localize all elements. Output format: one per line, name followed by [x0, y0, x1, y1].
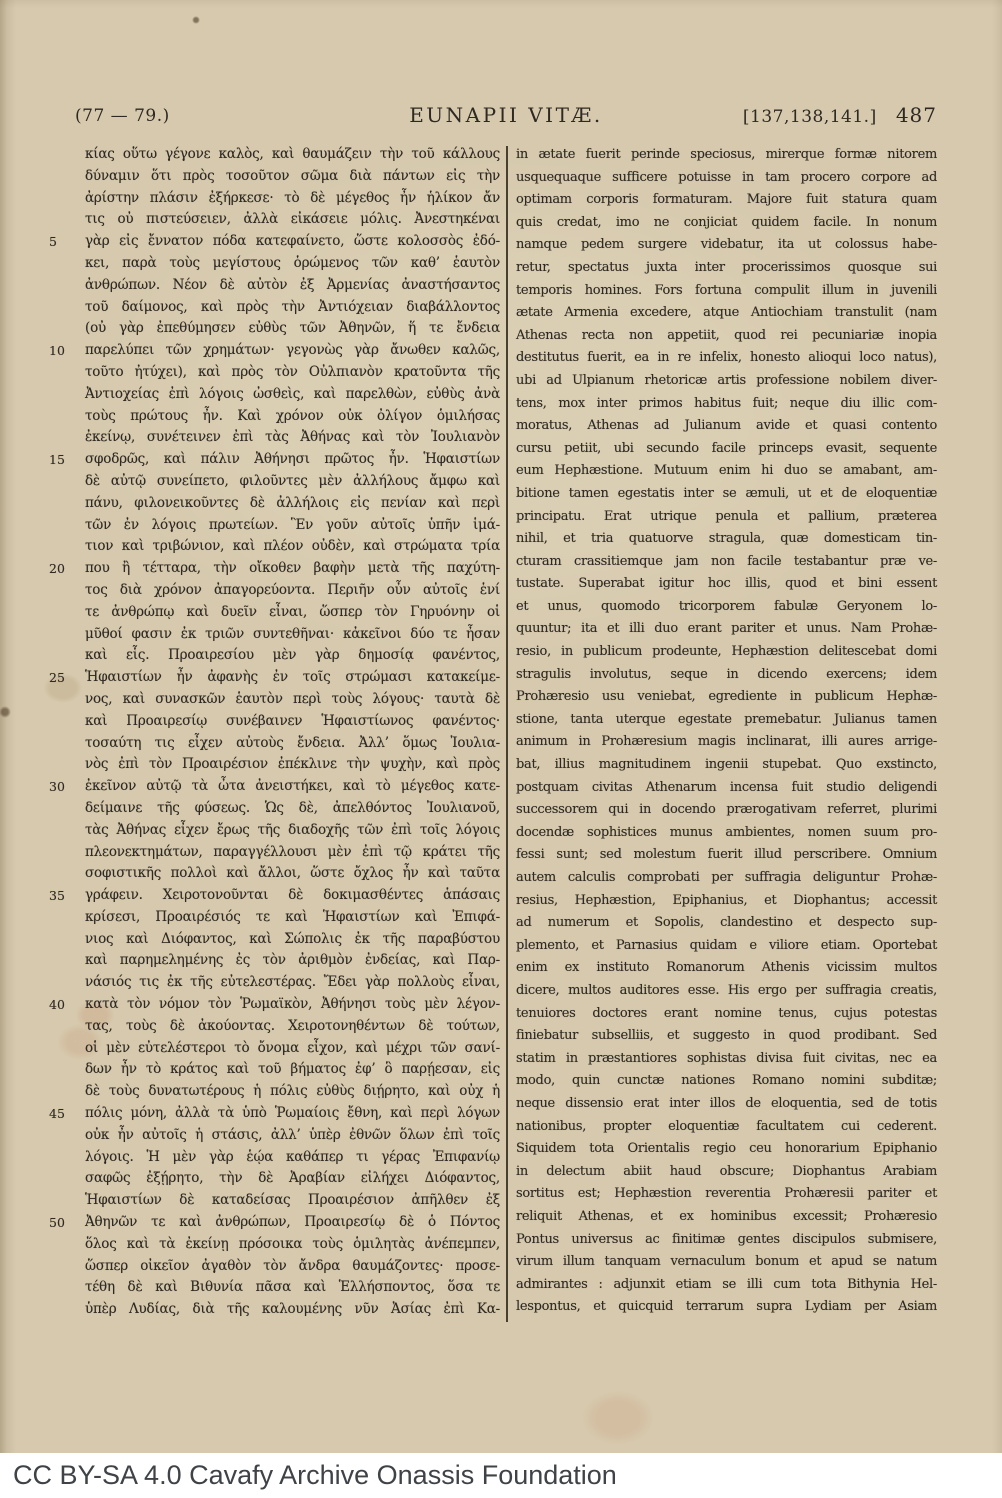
greek-line-text: νιος καὶ Διόφαντος, καὶ Σώπολις ἐκ τῆς π… [85, 931, 500, 947]
latin-text-line: postquam civitas Athenarum incensa fuit … [516, 777, 937, 800]
greek-line-text: σοφιστικῆς πολλοὶ καὶ ἄλλοι, ὥστε ὄχλος … [85, 865, 500, 881]
greek-text-line: τοῦτο ἠτύχει), καὶ πρὸς τὸν Οὐλπιανὸν κρ… [85, 362, 500, 384]
latin-text-line: tenuiores doctores erant nomine tenus, c… [516, 1003, 937, 1026]
greek-text-line: καὶ παρημελημένης ἐς τὸν ἀριθμὸν ἐνδείας… [85, 950, 500, 972]
latin-text-line: neque dissensio erat inter illos de eloq… [516, 1093, 937, 1116]
greek-line-text: τις οὐ πιστεύσειεν, ἀλλὰ εἰκάσειε μόλις.… [85, 211, 500, 227]
margin-line-number: 25 [49, 667, 79, 689]
greek-text-line: ὥσπερ οἰκεῖον ἀγαθὸν τὸν ἄνδρα θαυμάζοντ… [85, 1256, 500, 1278]
greek-text-line: καὶ εἷς. Προαιρεσίου μὲν γὰρ δημοσίᾳ φαν… [85, 645, 500, 667]
latin-text-line: stragulis involutus, seque in dicendo ex… [516, 664, 937, 687]
latin-text-line: usquequaque sufficere potuisse in tam pr… [516, 167, 937, 190]
latin-text-line: ubi ad Ulpianum rhetoricæ artis professi… [516, 370, 937, 393]
greek-text-line: λόγοις. Ἡ μὲν γὰρ ἑῴα καθάπερ τι γέρας Ἐ… [85, 1147, 500, 1169]
latin-text-line: nationibus, propter eloquentiæ facultate… [516, 1116, 937, 1139]
latin-text-line: namque pedem surgere videbatur, ita ut c… [516, 234, 937, 257]
latin-text-line: bat, illius magnitudinem ingenii stupeba… [516, 754, 937, 777]
latin-text-line: fessi sunt; sed molestum fuerit illud pe… [516, 844, 937, 867]
latin-text-line: Siquidem tota Orientalis regio ceu honor… [516, 1138, 937, 1161]
greek-column: κίας οὕτω γέγονε καλὸς, καὶ θαυμάζειν τὴ… [85, 144, 500, 1322]
greek-line-text: κρίσεσι, Προαιρέσιός τε καὶ Ἡφαιστίων κα… [85, 909, 500, 925]
latin-text-line: cturam crassitiemque jam non facile test… [516, 551, 937, 574]
greek-line-text: τιον καὶ τριβώνιον, καὶ πλέον οὐδὲν, καὶ… [85, 538, 500, 554]
greek-text-line: κει, παρὰ τοὺς μεγίστους ὁρώμενος τῶν κα… [85, 253, 500, 275]
latin-text-line: successorem qui in docendo prærogativam … [516, 799, 937, 822]
latin-text-line: autem calculis comprobati per suffragia … [516, 867, 937, 890]
latin-text-line: enim ex instituto Romanorum Athenis vici… [516, 957, 937, 980]
latin-text-line: resius, Hephæstion, Epiphanius, et Dioph… [516, 890, 937, 913]
greek-line-text: τέθη δὲ καὶ Βιθυνία πᾶσα καὶ Ἑλλήσποντος… [85, 1279, 500, 1295]
greek-line-text: νὸς ἐπὶ τὸν Προαιρέσιον ἐπέκλινε τὴν ψυχ… [85, 756, 500, 772]
latin-text-line: Athenas recta non appetiit, quod rei pec… [516, 325, 937, 348]
header-right-group: [137,138,141.] 487 [743, 103, 937, 127]
greek-line-text: πλεονεκτημάτων, παραγγέλλουσι μὲν ἐπὶ τῷ… [85, 844, 500, 860]
greek-line-text: που ἢ τέτταρα, τὴν οἴκοθεν βαφὴν μετὰ τῆ… [85, 560, 500, 576]
latin-text-line: statim in præstantiores sophistas divisa… [516, 1048, 937, 1071]
latin-text-line: sortitus est; Hephæstion reverentia Proh… [516, 1183, 937, 1206]
greek-text-line: τε ἀνθρώπῳ καὶ δυεῖν εἶναι, ὥσπερ τὸν Γη… [85, 602, 500, 624]
greek-line-text: κίας οὕτω γέγονε καλὸς, καὶ θαυμάζειν τὴ… [85, 146, 500, 162]
greek-line-text: ἀνθρώπων. Νέον δὲ αὐτὸν ἐξ Ἀρμενίας ἀνασ… [85, 277, 500, 293]
text-block: κίας οὕτω γέγονε καλὸς, καὶ θαυμάζειν τὴ… [85, 144, 937, 1322]
latin-text-line: dicere, multos auditores esse. His ergo … [516, 980, 937, 1003]
greek-line-text: σφοδρῶς, καὶ πάλιν Ἀθήνησι πρῶτος ἦν. Ἡφ… [85, 451, 500, 467]
latin-text-line: animum in Prohæresium magis inclinarat, … [516, 731, 937, 754]
greek-text-line: πάνυ, φιλονεικοῦντες δὲ ἀλλήλοις εἰς πεν… [85, 493, 500, 515]
greek-line-text: μῦθοί φασιν ἐκ τριῶν συντεθῆναι· κἀκεῖνο… [85, 626, 500, 642]
greek-text-line: 35 γράφειν. Χειροτονοῦνται δὲ δοκιμασθέν… [85, 885, 500, 907]
greek-line-text: ἐκεῖνον αὐτῷ τὰ ὦτα ἀνειστήκει, καὶ τὸ μ… [85, 778, 500, 794]
greek-text-line: πλεονεκτημάτων, παραγγέλλουσι μὲν ἐπὶ τῷ… [85, 842, 500, 864]
header-page-number: 487 [896, 103, 937, 127]
greek-line-text: ἀρίστην πλάσιν ἐξήρκεσε· τὸ δὲ μέγεθος ἦ… [85, 190, 500, 206]
greek-text-line: τοῦ δαίμονος, καὶ πρὸς τὴν Ἀντιόχειαν δι… [85, 297, 500, 319]
greek-text-line: 45 πόλις μόνη, ἀλλὰ τὰ ὑπὸ Ῥωμαίοις ἔθνη… [85, 1103, 500, 1125]
greek-line-text: γράφειν. Χειροτονοῦνται δὲ δοκιμασθέντες… [85, 887, 500, 903]
greek-text-line: τις οὐ πιστεύσειεν, ἀλλὰ εἰκάσειε μόλις.… [85, 209, 500, 231]
greek-line-text: κατὰ τὸν νόμον τὸν Ῥωμαϊκὸν, Ἀθήνησι τοὺ… [85, 996, 500, 1012]
latin-text-line: cursu petiit, ubi secundo facile princep… [516, 438, 937, 461]
greek-text-line: τιον καὶ τριβώνιον, καὶ πλέον οὐδὲν, καὶ… [85, 536, 500, 558]
latin-text-line: eum Hephæstione. Mutuum enim hi duo se a… [516, 460, 937, 483]
greek-text-line: 25 Ἡφαιστίων ἦν ἀφανὴς ἐν τοῖς στρώμασι … [85, 667, 500, 689]
greek-line-text: καὶ εἷς. Προαιρεσίου μὲν γὰρ δημοσίᾳ φαν… [85, 647, 500, 663]
license-text: CC BY-SA 4.0 Cavafy Archive Onassis Foun… [13, 1453, 1002, 1498]
greek-text-line: ἀρίστην πλάσιν ἐξήρκεσε· τὸ δὲ μέγεθος ἦ… [85, 188, 500, 210]
margin-line-number: 50 [49, 1212, 79, 1234]
greek-text-line: νάσιός τις ἐκ τῆς εὐτελεστέρας. Ἔδει γὰρ… [85, 972, 500, 994]
latin-text-line: stione, tanta uterque egestate premebatu… [516, 709, 937, 732]
margin-line-number: 10 [49, 340, 79, 362]
latin-text-line: bitione tamen egestatis inter se æmuli, … [516, 483, 937, 506]
greek-line-text: νάσιός τις ἐκ τῆς εὐτελεστέρας. Ἔδει γὰρ… [85, 974, 500, 990]
greek-line-text: ἐκείνῳ, συνέτεινεν ἐπὶ τὰς Ἀθήνας καὶ τὸ… [85, 429, 500, 445]
greek-text-line: κίας οὕτω γέγονε καλὸς, καὶ θαυμάζειν τὴ… [85, 144, 500, 166]
greek-text-line: μῦθοί φασιν ἐκ τριῶν συντεθῆναι· κἀκεῖνο… [85, 624, 500, 646]
greek-line-text: τος διὰ χρόνον ἀπαγορεύοντα. Περιῆν οὖν … [85, 582, 500, 598]
greek-line-text: δὲ τοὺς δυνατωτέρους ἡ πόλις εὐθὺς διῄρη… [85, 1083, 500, 1099]
latin-column: in ætate fuerit perinde speciosus, mirer… [516, 144, 937, 1322]
latin-text-line: finiebatur subselliis, et suggesto in qu… [516, 1025, 937, 1048]
greek-line-text: τοῦ δαίμονος, καὶ πρὸς τὴν Ἀντιόχειαν δι… [85, 299, 500, 315]
greek-text-line: νὸς ἐπὶ τὸν Προαιρέσιον ἐπέκλινε τὴν ψυχ… [85, 754, 500, 776]
latin-text-line: temporis homines. Fors fortuna compulit … [516, 280, 937, 303]
greek-text-line: δύναμιν ὅτι πρὸς τοσοῦτον σῶμα διὰ πάντω… [85, 166, 500, 188]
greek-line-text: τοῦτο ἠτύχει), καὶ πρὸς τὸν Οὐλπιανὸν κρ… [85, 364, 500, 380]
latin-text-line: modo, quin cunctæ nationes Romano nomini… [516, 1070, 937, 1093]
latin-text-line: destitutus fuerit, ea in re infelix, hon… [516, 347, 937, 370]
greek-text-line: 5 γὰρ εἰς ἔννατον πόδα κατεφαίνετο, ὥστε… [85, 231, 500, 253]
margin-line-number: 20 [49, 558, 79, 580]
latin-text-line: tustate. Superabat igitur hoc illis, quo… [516, 573, 937, 596]
greek-text-line: 20 που ἢ τέτταρα, τὴν οἴκοθεν βαφὴν μετὰ… [85, 558, 500, 580]
greek-line-text: ὑπὲρ Λυδίας, διὰ τῆς καλουμένης νῦν Ἀσία… [85, 1301, 500, 1317]
header-section-range: (77 — 79.) [75, 106, 170, 126]
greek-line-text: πάνυ, φιλονεικοῦντες δὲ ἀλλήλοις εἰς πεν… [85, 495, 500, 511]
latin-text-line: virum illum tanquam vernaculum bonum et … [516, 1251, 937, 1274]
license-bar: CC BY-SA 4.0 Cavafy Archive Onassis Foun… [0, 1453, 1002, 1498]
greek-text-line: σαφῶς ἐξῄρητο, τὴν δὲ Ἀραβίαν εἰλήχει Δι… [85, 1168, 500, 1190]
greek-line-text: δων ἦν τὸ κράτος καὶ τοῦ βήματος ἐφ’ ὃ π… [85, 1061, 500, 1077]
greek-text-line: ἐκείνῳ, συνέτεινεν ἐπὶ τὰς Ἀθήνας καὶ τὸ… [85, 427, 500, 449]
scanned-page-viewport: (77 — 79.) EUNAPII VITÆ. [137,138,141.] … [0, 0, 1002, 1498]
latin-text-line: quuntur; ita et illi duo erant pariter e… [516, 618, 937, 641]
latin-text-line: lespontus, et quicquid terrarum supra Ly… [516, 1296, 937, 1319]
greek-text-line: νιος καὶ Διόφαντος, καὶ Σώπολις ἐκ τῆς π… [85, 929, 500, 951]
greek-text-line: τέθη δὲ καὶ Βιθυνία πᾶσα καὶ Ἑλλήσποντος… [85, 1277, 500, 1299]
greek-text-line: τος διὰ χρόνον ἀπαγορεύοντα. Περιῆν οὖν … [85, 580, 500, 602]
latin-text-line: et unus, quomodo tricorporem fabulæ Gery… [516, 596, 937, 619]
greek-text-line: νος, καὶ συνασκῶν ἑαυτὸν περὶ τοὺς λόγου… [85, 689, 500, 711]
greek-line-text: ὅλος καὶ τὰ ἐκείνῃ πρόσοικα τοὺς ὁμιλητὰ… [85, 1236, 500, 1252]
greek-line-text: γὰρ εἰς ἔννατον πόδα κατεφαίνετο, ὥστε κ… [85, 233, 500, 249]
greek-text-line: 10 παρελύπει τῶν χρημάτων· γεγονὼς γὰρ ἄ… [85, 340, 500, 362]
greek-text-line: κρίσεσι, Προαιρέσιός τε καὶ Ἡφαιστίων κα… [85, 907, 500, 929]
greek-line-text: οἱ μὲν εὐτελέστεροι τὸ ὄνομα εἶχον, καὶ … [85, 1040, 500, 1056]
greek-line-text: δύναμιν ὅτι πρὸς τοσοῦτον σῶμα διὰ πάντω… [85, 168, 500, 184]
latin-text-line: docendæ sophistices munus ambientes, nom… [516, 822, 937, 845]
greek-line-text: Ἀθηνῶν τε καὶ ἀνθρώπων, Προαιρεσίῳ δὲ ὁ … [85, 1214, 500, 1230]
greek-text-line: 40 κατὰ τὸν νόμον τὸν Ῥωμαϊκὸν, Ἀθήνησι … [85, 994, 500, 1016]
greek-text-line: Ἡφαιστίων δὲ καταδείσας Προαιρέσιον ἀπῆλ… [85, 1190, 500, 1212]
latin-text-line: admirantes : adjunxit etiam se illi cum … [516, 1274, 937, 1297]
greek-text-line: Ἀντιοχείας ἐπὶ λόγοις ὠσθεὶς, καὶ παρελθ… [85, 384, 500, 406]
latin-text-line: quis credat, imo ne conjiciat quidem fac… [516, 212, 937, 235]
greek-text-line: ὑπὲρ Λυδίας, διὰ τῆς καλουμένης νῦν Ἀσία… [85, 1299, 500, 1321]
greek-line-text: ὥσπερ οἰκεῖον ἀγαθὸν τὸν ἄνδρα θαυμάζοντ… [85, 1258, 500, 1274]
greek-line-text: Ἡφαιστίων ἦν ἀφανὴς ἐν τοῖς στρώμασι κατ… [85, 669, 500, 685]
greek-text-line: δων ἦν τὸ κράτος καὶ τοῦ βήματος ἐφ’ ὃ π… [85, 1059, 500, 1081]
greek-line-text: τοὺς πρώτους ἦν. Καὶ χρόνον οὐκ ὀλίγον ὁ… [85, 408, 500, 424]
greek-text-line: δὲ αὐτῷ συνείπετο, φιλοῦντες μὲν ἀλλήλου… [85, 471, 500, 493]
greek-line-text: νος, καὶ συνασκῶν ἑαυτὸν περὶ τοὺς λόγου… [85, 691, 500, 707]
greek-text-line: 50 Ἀθηνῶν τε καὶ ἀνθρώπων, Προαιρεσίῳ δὲ… [85, 1212, 500, 1234]
greek-text-line: οὐκ ἦν αὐτοῖς ἡ στάσις, ἀλλ’ ὑπὲρ ἐθνῶν … [85, 1125, 500, 1147]
greek-text-line: ἀνθρώπων. Νέον δὲ αὐτὸν ἐξ Ἀρμενίας ἀνασ… [85, 275, 500, 297]
greek-line-text: τοσαύτη τις εἶχεν αὐτοὺς ἔνδεια. Ἀλλ’ ὅμ… [85, 735, 500, 751]
greek-text-line: τὰς Ἀθήνας εἶχεν ἔρως τῆς διαδοχῆς τῶν ἐ… [85, 820, 500, 842]
latin-text-line: ad numerum et Sopolis, clandestino et de… [516, 912, 937, 935]
greek-text-line: τας, τοὺς δὲ ἀκούοντας. Χειροτονηθέντων … [85, 1016, 500, 1038]
latin-text-line: Pontus universus ac finitimæ gentes disc… [516, 1229, 937, 1252]
latin-text-line: resio, in publicum prodeunte, Hephæstion… [516, 641, 937, 664]
latin-text-line: in delectum abiit haud obscure; Diophant… [516, 1161, 937, 1184]
header-ref-numbers: [137,138,141.] [743, 107, 877, 127]
latin-text-line: tens, mox inter primos habitus fuit; neq… [516, 393, 937, 416]
latin-text-line: optimam corporis formaturam. Majore fuit… [516, 189, 937, 212]
margin-line-number: 15 [49, 449, 79, 471]
margin-line-number: 5 [49, 231, 79, 253]
greek-text-line: τοσαύτη τις εἶχεν αὐτοὺς ἔνδεια. Ἀλλ’ ὅμ… [85, 733, 500, 755]
greek-line-text: τὰς Ἀθήνας εἶχεν ἔρως τῆς διαδοχῆς τῶν ἐ… [85, 822, 500, 838]
greek-line-text: παρελύπει τῶν χρημάτων· γεγονὼς γὰρ ἄνωθ… [85, 342, 500, 358]
page-header: (77 — 79.) EUNAPII VITÆ. [137,138,141.] … [75, 103, 937, 129]
greek-line-text: λόγοις. Ἡ μὲν γὰρ ἑῴα καθάπερ τι γέρας Ἐ… [85, 1149, 500, 1165]
greek-line-text: σαφῶς ἐξῄρητο, τὴν δὲ Ἀραβίαν εἰλήχει Δι… [85, 1170, 500, 1186]
greek-text-line: τοὺς πρώτους ἦν. Καὶ χρόνον οὐκ ὀλίγον ὁ… [85, 406, 500, 428]
margin-line-number: 40 [49, 994, 79, 1016]
latin-text-line: retur, spectatus juxta inter procerissim… [516, 257, 937, 280]
greek-text-line: τῶν ἐν λόγοις πρωτείων. Ἓν γοῦν αὐτοῖς ὑ… [85, 515, 500, 537]
greek-line-text: δείμαινε τῆς φύσεως. Ὡς δὲ, ἀπελθόντος Ἰ… [85, 800, 500, 816]
greek-line-text: οὐκ ἦν αὐτοῖς ἡ στάσις, ἀλλ’ ὑπὲρ ἐθνῶν … [85, 1127, 500, 1143]
greek-line-text: τε ἀνθρώπῳ καὶ δυεῖν εἶναι, ὥσπερ τὸν Γη… [85, 604, 500, 620]
greek-line-text: καὶ Προαιρεσίῳ συνέβαινεν Ἡφαιστίωνος φα… [85, 713, 500, 729]
greek-line-text: τας, τοὺς δὲ ἀκούοντας. Χειροτονηθέντων … [85, 1018, 500, 1034]
latin-text-line: moratus, Athenas ad Julianum avide et qu… [516, 415, 937, 438]
greek-line-text: (οὐ γὰρ ἐπεθύμησεν εὐθὺς τῶν Ἀθηνῶν, ἥ τ… [85, 320, 500, 336]
greek-line-text: κει, παρὰ τοὺς μεγίστους ὁρώμενος τῶν κα… [85, 255, 500, 271]
latin-text-line: nihil, et tria quatuorve stragula, quæ d… [516, 528, 937, 551]
margin-line-number: 35 [49, 885, 79, 907]
greek-text-line: 15 σφοδρῶς, καὶ πάλιν Ἀθήνησι πρῶτος ἦν.… [85, 449, 500, 471]
greek-text-line: 30 ἐκεῖνον αὐτῷ τὰ ὦτα ἀνειστήκει, καὶ τ… [85, 776, 500, 798]
greek-line-text: δὲ αὐτῷ συνείπετο, φιλοῦντες μὲν ἀλλήλου… [85, 473, 500, 489]
greek-line-text: πόλις μόνη, ἀλλὰ τὰ ὑπὸ Ῥωμαίοις ἔθνη, κ… [85, 1105, 500, 1121]
greek-text-line: οἱ μὲν εὐτελέστεροι τὸ ὄνομα εἶχον, καὶ … [85, 1038, 500, 1060]
margin-line-number: 45 [49, 1103, 79, 1125]
margin-line-number: 30 [49, 776, 79, 798]
latin-text-line: in ætate fuerit perinde speciosus, mirer… [516, 144, 937, 167]
greek-text-line: δὲ τοὺς δυνατωτέρους ἡ πόλις εὐθὺς διῄρη… [85, 1081, 500, 1103]
header-running-title: EUNAPII VITÆ. [409, 103, 603, 127]
greek-line-text: Ἡφαιστίων δὲ καταδείσας Προαιρέσιον ἀπῆλ… [85, 1192, 500, 1208]
greek-text-line: καὶ Προαιρεσίῳ συνέβαινεν Ἡφαιστίωνος φα… [85, 711, 500, 733]
latin-text-line: principatu. Erat utrique penula et palli… [516, 506, 937, 529]
greek-text-line: (οὐ γὰρ ἐπεθύμησεν εὐθὺς τῶν Ἀθηνῶν, ἥ τ… [85, 318, 500, 340]
column-divider-rule [506, 146, 508, 1322]
greek-line-text: τῶν ἐν λόγοις πρωτείων. Ἓν γοῦν αὐτοῖς ὑ… [85, 517, 500, 533]
greek-text-line: ὅλος καὶ τὰ ἐκείνῃ πρόσοικα τοὺς ὁμιλητὰ… [85, 1234, 500, 1256]
greek-line-text: καὶ παρημελημένης ἐς τὸν ἀριθμὸν ἐνδείας… [85, 952, 500, 968]
latin-text-line: plemento, et Parnasius quidam e viliore … [516, 935, 937, 958]
greek-text-line: σοφιστικῆς πολλοὶ καὶ ἄλλοι, ὥστε ὄχλος … [85, 863, 500, 885]
greek-text-line: δείμαινε τῆς φύσεως. Ὡς δὲ, ἀπελθόντος Ἰ… [85, 798, 500, 820]
greek-line-text: Ἀντιοχείας ἐπὶ λόγοις ὠσθεὶς, καὶ παρελθ… [85, 386, 500, 402]
latin-text-line: ætate Armenia excedere, atque Antiochiam… [516, 302, 937, 325]
latin-text-line: reliquit Athenas, et ex hominibus excess… [516, 1206, 937, 1229]
scanned-book-page: (77 — 79.) EUNAPII VITÆ. [137,138,141.] … [0, 0, 1002, 1453]
latin-text-line: Prohæresio usu veniebat, egrediente in p… [516, 686, 937, 709]
